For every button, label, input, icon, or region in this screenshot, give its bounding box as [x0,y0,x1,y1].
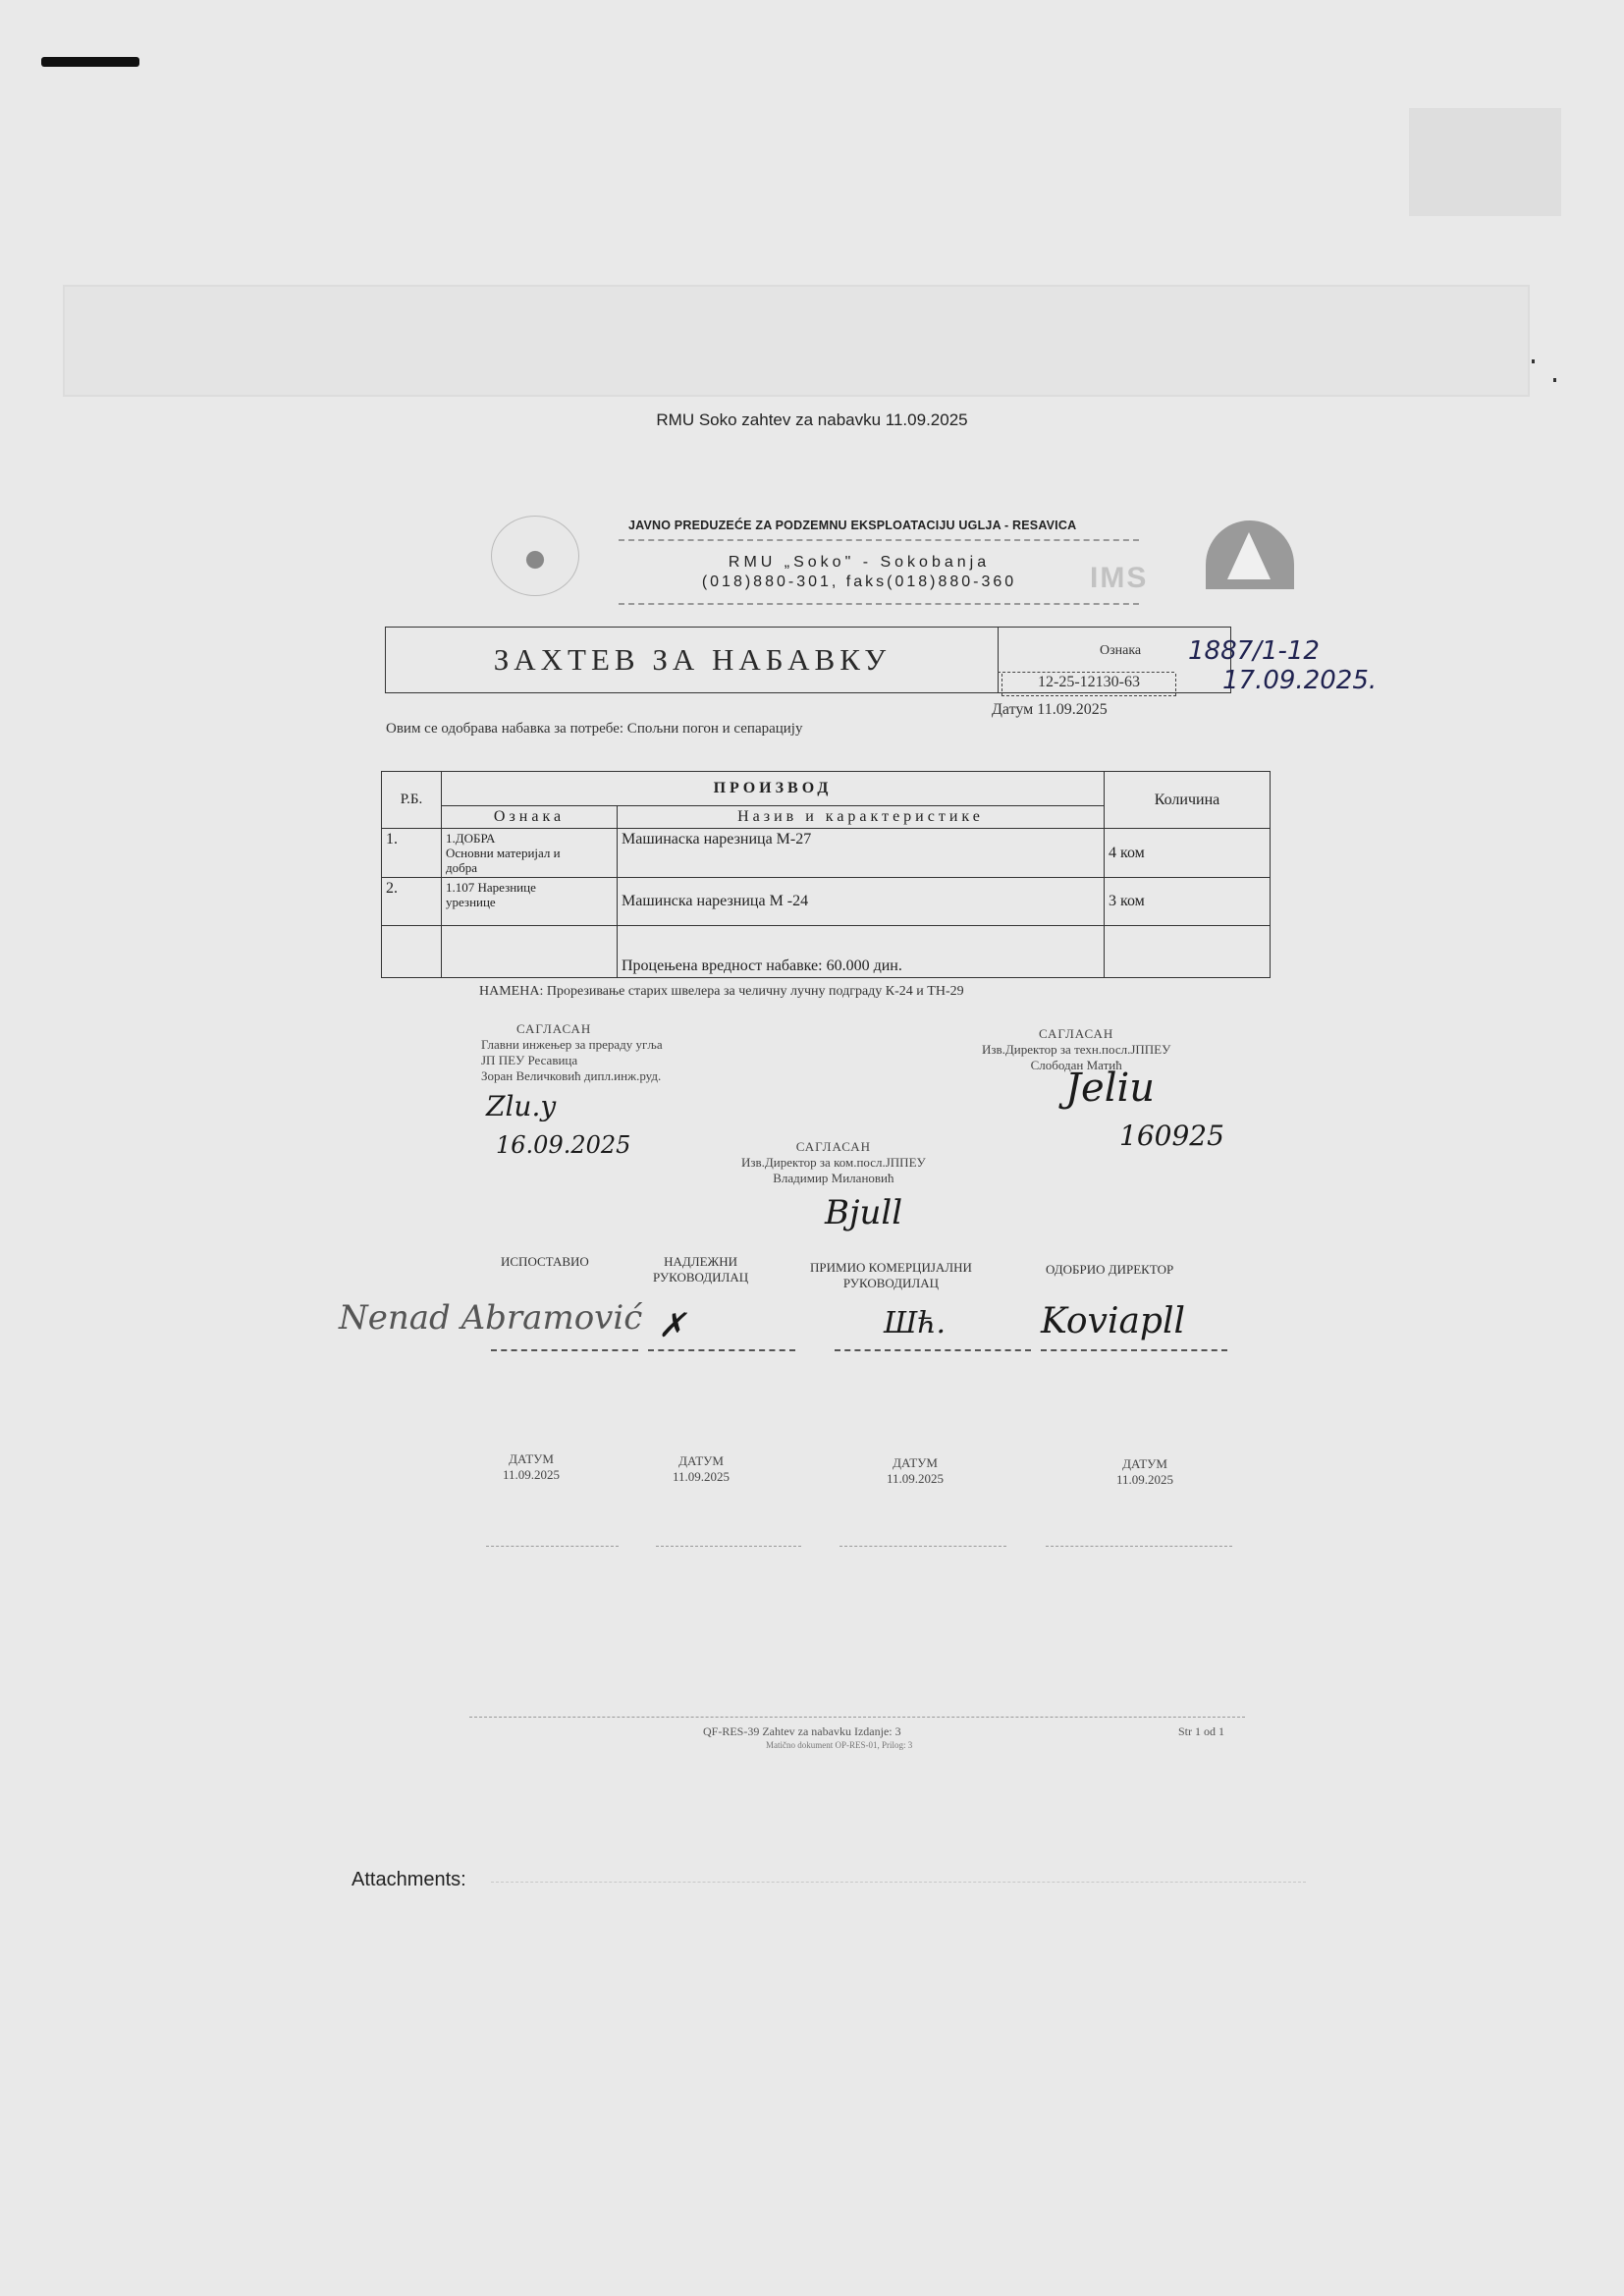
approval-chief-engineer: САГЛАСАН Главни инжењер за прераду угља … [481,1021,663,1084]
approval-commercial-director: САГЛАСАН Изв.Директор за ком.посл.ЈППЕУ … [741,1139,926,1186]
row-number: 1. [382,829,442,878]
signature-date: 16.09.2025 [496,1131,630,1159]
table-row: 1. 1.ДОБРА Основни материјал и добра Маш… [382,829,1271,878]
date-commercial-manager: ДАТУМ 11.09.2025 [887,1455,944,1487]
approval-line: Владимир Милановић [741,1171,926,1186]
header-row-number: Р.Б. [382,772,442,829]
footer-subtext: Matično dokument OP-RES-01, Prilog: 3 [766,1740,912,1750]
total-empty-cell [1105,926,1271,978]
header-quantity: Количина [1105,772,1271,829]
total-empty-cell [442,926,618,978]
date-line [656,1546,801,1547]
role-issued-by: ИСПОСТАВИО [501,1254,589,1270]
approval-line: Изв.Директор за техн.посл.ЈППЕУ [982,1042,1170,1058]
role-commercial-manager: ПРИМИО КОМЕРЦИЈАЛНИ РУКОВОДИЛАЦ [810,1260,972,1291]
approval-heading: САГЛАСАН [481,1021,663,1037]
role-label: ОДОБРИО ДИРЕКТОР [1046,1262,1173,1278]
letterhead-divider [619,603,1139,605]
signature-line [648,1349,795,1351]
letterhead-divider [619,539,1139,541]
attachments-line [491,1882,1306,1883]
role-label: ИСПОСТАВИО [501,1254,589,1270]
signature-line [835,1349,1031,1351]
date-value: 11.09.2025 [1116,1472,1173,1488]
role-responsible-manager: НАДЛЕЖНИ РУКОВОДИЛАЦ [653,1254,748,1285]
signature-issued-by: Nenad Abramović [339,1298,642,1338]
letterhead-organization: JAVNO PREDUZEĆE ZA PODZEMNU EKSPLOATACIJ… [628,519,1076,532]
role-label: РУКОВОДИЛАЦ [810,1276,972,1291]
signature-line [491,1349,638,1351]
date-value: 11.09.2025 [503,1467,560,1483]
company-emblem-icon [1206,520,1294,589]
date-line [839,1546,1006,1547]
designation-label: Ознака [1100,643,1141,659]
handwritten-date: 17.09.2025. [1222,666,1377,695]
ims-logo-text: IMS [1090,562,1148,595]
table-total-row: Процењена вредност набавке: 60.000 дин. [382,926,1271,978]
footer-form-code: QF-RES-39 Zahtev za nabavku Izdanje: 3 [703,1724,901,1739]
date-label: ДАТУМ [673,1453,730,1469]
row-name: Машинска нарезница М -24 [618,878,1105,926]
approval-line: Изв.Директор за ком.посл.ЈППЕУ [741,1155,926,1171]
footer-page-number: Str 1 od 1 [1178,1724,1224,1739]
row-code: 1.107 Нарезнице урезнице [442,878,618,926]
row-code-line: Основни материјал и [446,846,613,860]
approval-line: ЈП ПЕУ Ресавица [481,1053,663,1068]
handwritten-reference: 1887/1-12 [1188,636,1320,666]
date-issued-by: ДАТУМ 11.09.2025 [503,1451,560,1483]
row-code-line: добра [446,860,613,875]
purpose-text: НАМЕНА: Прорезивање старих швелера за че… [479,984,964,1000]
row-quantity: 4 ком [1105,829,1271,878]
date-label: ДАТУМ [1116,1456,1173,1472]
row-code-line: урезнице [446,895,613,909]
estimated-value: Процењена вредност набавке: 60.000 дин. [618,926,1105,978]
designation-divider [998,672,1174,673]
intro-text: Овим се одобрава набавка за потребе: Спо… [386,721,802,738]
scan-speck [1553,378,1556,382]
scan-speck [1532,359,1535,363]
letterhead-unit-name: RMU „Soko" - Sokobanja [628,554,1090,572]
signature-chief-engineer: Zlu.y [486,1090,556,1122]
row-quantity: 3 ком [1105,878,1271,926]
letterhead-phone-fax: (018)880-301, faks(018)880-360 [628,574,1090,591]
row-name: Машинаска нарезница М-27 [618,829,1105,878]
date-value: 11.09.2025 [887,1471,944,1487]
document-caption: RMU Soko zahtev za nabavku 11.09.2025 [0,410,1624,430]
approval-heading: САГЛАСАН [982,1026,1170,1042]
signature-responsible-manager: ✗ [658,1306,686,1345]
row-code-line: 1.107 Нарезнице [446,880,613,895]
table-row: 2. 1.107 Нарезнице урезнице Машинска нар… [382,878,1271,926]
signature-director: Koviapll [1041,1301,1185,1341]
signature-technical-director: Jeliu [1065,1066,1155,1111]
header-product: ПРОИЗВОД [442,772,1105,806]
approval-line: Главни инжењер за прераду угља [481,1037,663,1053]
role-label: РУКОВОДИЛАЦ [653,1270,748,1285]
role-director: ОДОБРИО ДИРЕКТОР [1046,1262,1173,1278]
footer-divider [469,1717,1245,1718]
role-label: НАДЛЕЖНИ [653,1254,748,1270]
form-date: Датум 11.09.2025 [992,701,1108,719]
signature-line [1041,1349,1227,1351]
scan-ghost-box [1409,108,1561,216]
date-value: 11.09.2025 [673,1469,730,1485]
approval-heading: САГЛАСАН [741,1139,926,1155]
approval-line: Зоран Величковић дипл.инж.руд. [481,1068,663,1084]
miner-logo-icon [491,516,579,596]
designation-value: 12-25-12130-63 [1001,674,1176,696]
header-name: Назив и карактеристике [618,806,1105,829]
row-code: 1.ДОБРА Основни материјал и добра [442,829,618,878]
row-number: 2. [382,878,442,926]
date-responsible-manager: ДАТУМ 11.09.2025 [673,1453,730,1485]
items-table: Р.Б. ПРОИЗВОД Количина Ознака Назив и ка… [381,771,1271,978]
date-label: ДАТУМ [887,1455,944,1471]
date-director: ДАТУМ 11.09.2025 [1116,1456,1173,1488]
role-label: ПРИМИО КОМЕРЦИЈАЛНИ [810,1260,972,1276]
header-code: Ознака [442,806,618,829]
staple-mark [41,57,139,67]
form-title: ЗАХТЕВ ЗА НАБАВКУ [385,627,999,693]
scan-ghost-bar [63,285,1530,397]
total-empty-cell [382,926,442,978]
date-line [1046,1546,1232,1547]
row-code-line: 1.ДОБРА [446,831,613,846]
date-line [486,1546,619,1547]
attachments-label: Attachments: [352,1869,466,1891]
date-label: ДАТУМ [503,1451,560,1467]
signature-commercial-manager: Шћ. [884,1306,946,1340]
signature-commercial-director: Bjull [825,1193,902,1232]
signature-date: 160925 [1119,1120,1224,1152]
